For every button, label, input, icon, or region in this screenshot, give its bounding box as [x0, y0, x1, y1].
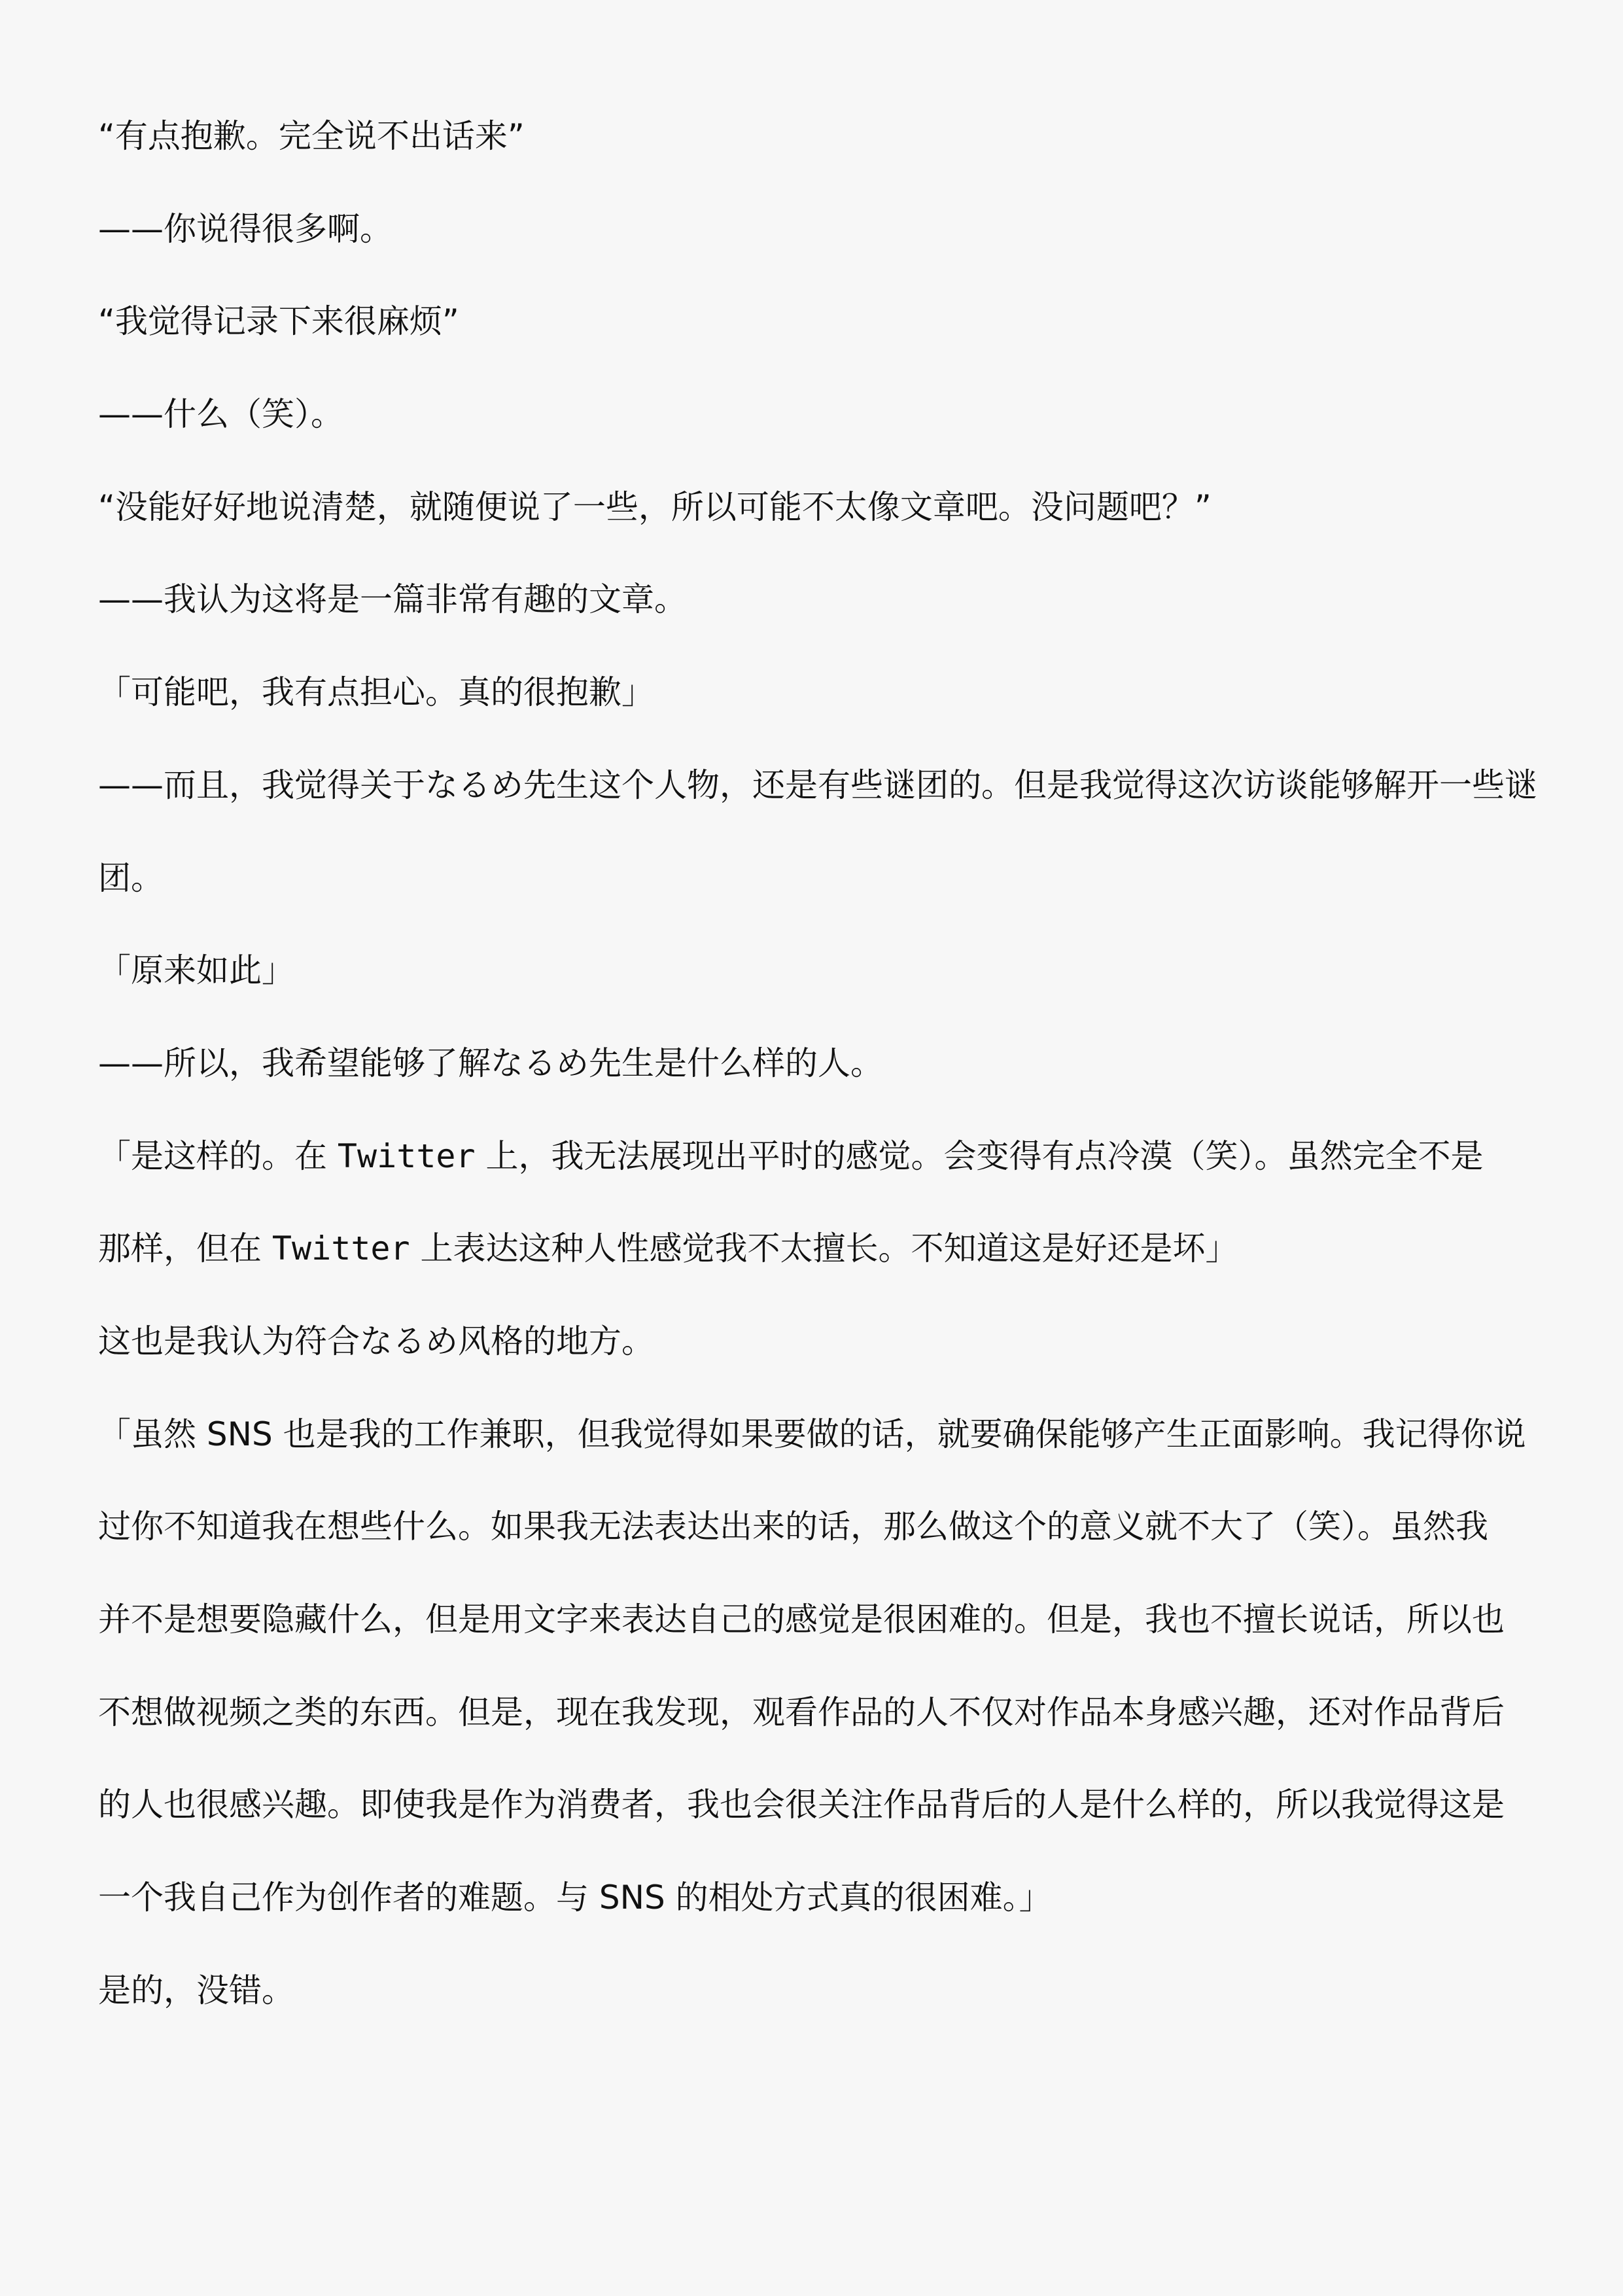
interviewer-line: ——你说得很多啊。 [98, 205, 1524, 298]
text-segment: 上表达这种人性感觉我不太擅长。不知道这是好还是坏」 [410, 1229, 1238, 1267]
interviewer-line-continued: 团。 [98, 855, 1524, 947]
dialogue-line-continued: 的人也很感兴趣。即使我是作为消费者，我也会很关注作品背后的人是什么样的，所以我觉… [98, 1781, 1524, 1874]
dialogue-line: “我觉得记录下来很麻烦” [98, 298, 1524, 391]
text-segment: 「是这样的。在 [98, 1137, 338, 1175]
text-segment: 上，我无法展现出平时的感觉。会变得有点冷漠（笑）。虽然完全不是 [476, 1137, 1484, 1175]
twitter-term: Twitter [272, 1229, 410, 1267]
interviewer-line: ——我认为这将是一篇非常有趣的文章。 [98, 576, 1524, 669]
dialogue-line: “没能好好地说清楚，就随便说了一些，所以可能不太像文章吧。没问题吧？” [98, 484, 1524, 576]
dialogue-line-continued: 不想做视频之类的东西。但是，现在我发现，观看作品的人不仅对作品本身感兴趣，还对作… [98, 1689, 1524, 1782]
narration-line: 这也是我认为符合なるめ风格的地方。 [98, 1318, 1524, 1411]
dialogue-line-continued: 那样，但在 Twitter 上表达这种人性感觉我不太擅长。不知道这是好还是坏」 [98, 1225, 1524, 1318]
dialogue-line: “有点抱歉。完全说不出话来” [98, 113, 1524, 205]
dialogue-line: 「原来如此」 [98, 947, 1524, 1040]
text-segment: 那样，但在 [98, 1229, 272, 1267]
twitter-term: Twitter [338, 1137, 476, 1175]
dialogue-line: 「可能吧，我有点担心。真的很抱歉」 [98, 669, 1524, 762]
interviewer-line: ——什么（笑）。 [98, 391, 1524, 484]
dialogue-line: 「是这样的。在 Twitter 上，我无法展现出平时的感觉。会变得有点冷漠（笑）… [98, 1133, 1524, 1226]
interviewer-line: ——所以，我希望能够了解なるめ先生是什么样的人。 [98, 1040, 1524, 1133]
dialogue-line: 「虽然 SNS 也是我的工作兼职，但我觉得如果要做的话，就要确保能够产生正面影响… [98, 1411, 1524, 1504]
dialogue-line-continued: 并不是想要隐藏什么，但是用文字来表达自己的感觉是很困难的。但是，我也不擅长说话，… [98, 1596, 1524, 1689]
dialogue-line-continued: 过你不知道我在想些什么。如果我无法表达出来的话，那么做这个的意义就不大了（笑）。… [98, 1503, 1524, 1596]
dialogue-line-continued: 一个我自己作为创作者的难题。与 SNS 的相处方式真的很困难。」 [98, 1874, 1524, 1967]
narration-line: 是的，没错。 [98, 1967, 1524, 2060]
document-body: “有点抱歉。完全说不出话来” ——你说得很多啊。 “我觉得记录下来很麻烦” ——… [98, 113, 1524, 2059]
interviewer-line: ——而且，我觉得关于なるめ先生这个人物，还是有些谜团的。但是我觉得这次访谈能够解… [98, 762, 1524, 855]
